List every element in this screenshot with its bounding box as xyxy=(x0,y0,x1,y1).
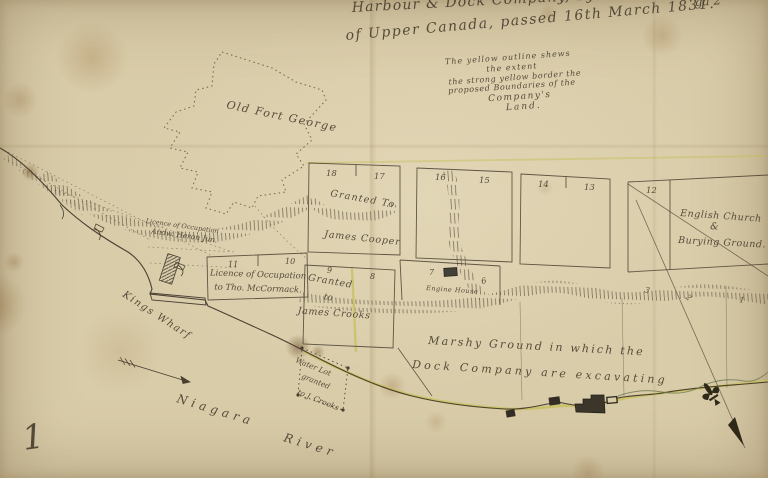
svg-text:Dock Company are excavating: Dock Company are excavating xyxy=(411,358,668,387)
svg-text:Granted To: Granted To xyxy=(329,188,396,210)
svg-text:13: 13 xyxy=(584,183,595,193)
svg-text:1: 1 xyxy=(739,295,746,305)
map-canvas: ga 2 Harbour & Dock Company, by an Act o… xyxy=(0,0,768,478)
svg-text:16: 16 xyxy=(435,173,446,183)
lot-numbers: 18 17 16 15 14 13 12 11 10 9 8 7 6 3 2 1 xyxy=(228,169,745,305)
engine-house-building xyxy=(444,268,458,277)
heron-building xyxy=(159,254,180,285)
svg-text:James Cooper: James Cooper xyxy=(322,229,402,248)
parcel-waterlot: Water Lot granted to J. Crooks xyxy=(294,356,340,413)
svg-text:8: 8 xyxy=(370,272,375,281)
svg-text:18: 18 xyxy=(326,169,337,179)
svg-text:6: 6 xyxy=(480,276,487,286)
yellow-note: The yellow outline shews the extent the … xyxy=(445,49,582,114)
svg-text:9: 9 xyxy=(327,266,332,275)
fort-george-outline xyxy=(164,52,326,214)
svg-text:&: & xyxy=(710,221,719,233)
parcel-mccormack: Licence of Occupation to Tho. McCormack. xyxy=(209,268,307,295)
pencil-mark: 1 xyxy=(20,416,47,459)
svg-text:Marshy Ground in which the: Marshy Ground in which the xyxy=(427,334,645,358)
svg-text:English Church: English Church xyxy=(679,208,762,225)
riverbank-hachures xyxy=(6,156,768,307)
church-label: English Church & Burying Ground. xyxy=(677,208,766,251)
svg-text:14: 14 xyxy=(538,180,549,190)
svg-text:7: 7 xyxy=(429,268,435,277)
svg-text:15: 15 xyxy=(479,176,490,186)
svg-text:Burying Ground.: Burying Ground. xyxy=(677,235,766,251)
svg-text:to Tho. McCormack.: to Tho. McCormack. xyxy=(214,282,302,295)
fort-george-label: Old Fort George xyxy=(225,98,338,134)
svg-text:to J. Crooks: to J. Crooks xyxy=(296,388,340,413)
survey-dotted-lines xyxy=(8,152,306,268)
svg-text:River: River xyxy=(281,430,339,460)
kings-wharf-label: Kings Wharf xyxy=(120,289,194,342)
svg-text:11: 11 xyxy=(228,260,238,269)
svg-text:10: 10 xyxy=(285,257,295,266)
river-current-arrow xyxy=(118,357,190,384)
svg-text:Granted: Granted xyxy=(307,272,353,291)
aged-paper-map: ga 2 Harbour & Dock Company, by an Act o… xyxy=(0,0,768,478)
svg-text:Licence of Occupation: Licence of Occupation xyxy=(209,268,307,281)
svg-text:12: 12 xyxy=(646,186,657,196)
marshy-ground-label: Marshy Ground in which the Dock Company … xyxy=(411,334,668,387)
svg-text:17: 17 xyxy=(374,172,385,182)
svg-text:Niagara: Niagara xyxy=(174,391,256,428)
svg-text:Land.: Land. xyxy=(505,101,542,114)
